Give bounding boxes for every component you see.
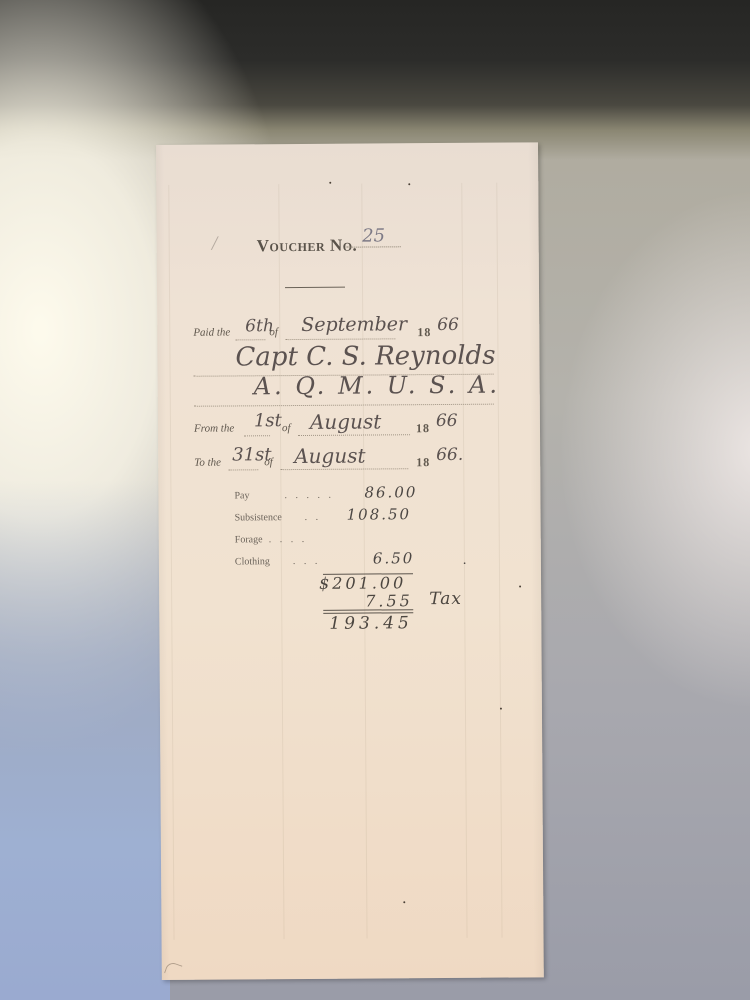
to-month: August [294, 444, 365, 468]
item-amount: 108.50 [347, 505, 412, 523]
item-row-subsistence: Subsistence . . 108.50 [235, 507, 505, 531]
item-label: Clothing [235, 556, 270, 567]
item-label: Subsistence [235, 512, 282, 523]
deduction-amount: 7.55 [365, 591, 413, 610]
blank-lower-area [169, 642, 531, 945]
from-year-suffix: 66 [436, 411, 458, 431]
paper-speck [500, 708, 502, 710]
to-year-prefix: 18 [416, 455, 430, 470]
of-label: of [282, 422, 291, 434]
margin-mark: / [212, 233, 218, 256]
item-label: Forage [235, 534, 263, 545]
from-day: 1st [254, 410, 282, 431]
paper-speck [408, 183, 410, 185]
paper-corner-crease [164, 961, 182, 978]
item-label: Pay [234, 490, 249, 501]
heading-divider [285, 287, 345, 288]
net-total-rule [323, 609, 413, 611]
voucher-heading: Voucher No. [257, 236, 358, 257]
dotted-line [244, 434, 270, 436]
paid-month: September [301, 313, 407, 336]
paid-label: Paid the [193, 326, 230, 338]
deduction-note: Tax [429, 589, 462, 609]
item-list: Pay . . . . . 86.00 Subsistence . . 108.… [234, 485, 505, 575]
dotted-line [285, 337, 395, 340]
item-amount: 6.50 [373, 549, 415, 567]
item-dots: . . . . . [284, 490, 334, 501]
item-dots: . . . . [269, 534, 308, 545]
dotted-line [194, 403, 494, 407]
net-total-amount: 193.45 [329, 613, 413, 634]
of-label: of [269, 326, 278, 338]
item-dots: . . [305, 512, 322, 523]
dotted-line [235, 338, 265, 340]
paid-year-suffix: 66 [437, 315, 459, 335]
period-dot: . [463, 553, 467, 569]
of-label: of [264, 456, 273, 468]
to-year-suffix: 66. [436, 445, 463, 465]
paper-speck [519, 585, 521, 587]
paper-speck [329, 182, 331, 184]
subtotal-amount: $201.00 [319, 573, 406, 593]
paper-speck [403, 901, 405, 903]
background-surface-blue [0, 480, 170, 1000]
from-label: From the [194, 422, 234, 434]
to-label: To the [194, 457, 221, 469]
item-row-forage: Forage . . . . [235, 529, 505, 553]
from-year-prefix: 18 [416, 421, 430, 436]
paid-year-prefix: 18 [417, 325, 431, 340]
voucher-number: 25 [347, 225, 401, 247]
period-to-row: To the 31st of August 18 66. [194, 448, 524, 474]
payee-title: A. Q. M. U. S. A. [254, 371, 500, 401]
item-amount: 86.00 [364, 483, 417, 501]
item-row-clothing: Clothing . . . 6.50 . [235, 551, 505, 575]
period-from-row: From the 1st of August 18 66 [194, 414, 524, 440]
voucher-paper: / Voucher No. 25 Paid the 6th of Septemb… [156, 142, 544, 980]
item-dots: . . . [293, 556, 321, 567]
payee-name: Capt C. S. Reynolds [235, 341, 495, 373]
from-month: August [310, 409, 381, 433]
dotted-line [228, 468, 258, 470]
